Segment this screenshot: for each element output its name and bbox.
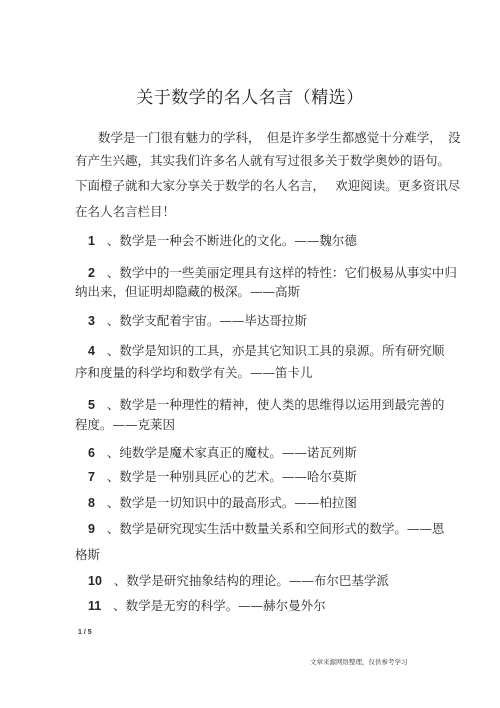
page-title: 关于数学的名人名言（精选） [0, 83, 500, 108]
quote-item: 3 、数学支配着宇宙。——毕达哥拉斯 [88, 313, 307, 329]
quote-number: 3 [88, 313, 95, 329]
quote-text: 、数学是研究现实生活中数量关系和空间形式的数学。——恩 [107, 521, 445, 536]
quote-number: 7 [88, 469, 95, 485]
quote-continuation: 程度。——克莱因 [75, 417, 175, 433]
intro-line: 数学是一门很有魅力的学科， 但是许多学生都感觉十分难学， 没 [98, 130, 461, 146]
quote-number: 5 [88, 397, 95, 413]
quote-text: 、数学是一种会不断进化的文化。——魏尔德 [107, 233, 357, 248]
quote-text: 、数学是无穷的科学。——赫尔曼外尔 [113, 598, 326, 613]
quote-text: 、数学支配着宇宙。——毕达哥拉斯 [107, 313, 307, 328]
quote-item: 8 、数学是一切知识中的最高形式。——柏拉图 [88, 495, 357, 511]
quote-number: 8 [88, 495, 95, 511]
quote-continuation: 纳出来，但证明却隐藏的极深。——高斯 [75, 284, 300, 300]
quote-item: 10 、数学是研究抽象结构的理论。——布尔巴基学派 [88, 573, 389, 589]
quote-text: 、数学是研究抽象结构的理论。——布尔巴基学派 [114, 573, 389, 588]
source-note: 文章来源网络整理，仅供参考学习 [310, 657, 408, 666]
quote-item: 6 、纯数学是魔术家真正的魔杖。——诺瓦列斯 [88, 445, 357, 461]
quote-text: 、数学是一切知识中的最高形式。——柏拉图 [107, 495, 357, 510]
page-indicator: 1 / 5 [78, 629, 92, 636]
quote-number: 9 [88, 521, 95, 537]
quote-number: 11 [88, 598, 101, 614]
quote-number: 2 [88, 265, 95, 281]
quote-item: 4 、数学是知识的工具，亦是其它知识工具的泉源。所有研究顺 [88, 343, 444, 359]
quote-item: 7 、数学是一种别具匠心的艺术。——哈尔莫斯 [88, 469, 357, 485]
quote-item: 1 、数学是一种会不断进化的文化。——魏尔德 [88, 233, 357, 249]
quote-text: 、纯数学是魔术家真正的魔杖。——诺瓦列斯 [107, 445, 357, 460]
quote-text: 、数学是一种理性的精神，使人类的思维得以运用到最完善的 [107, 397, 445, 412]
intro-line: 在名人名言栏目！ [75, 204, 175, 220]
quote-number: 4 [88, 343, 95, 359]
quote-continuation: 序和度量的科学均和数学有关。——笛卡儿 [75, 365, 313, 381]
quote-number: 10 [88, 573, 102, 589]
quote-text: 、数学中的一些美丽定理具有这样的特性：它们极易从事实中归 [107, 265, 457, 280]
quote-item: 9 、数学是研究现实生活中数量关系和空间形式的数学。——恩 [88, 521, 444, 537]
quote-number: 1 [88, 233, 95, 249]
quote-item: 5 、数学是一种理性的精神，使人类的思维得以运用到最完善的 [88, 397, 444, 413]
quote-number: 6 [88, 445, 95, 461]
intro-line: 下面橙子就和大家分享关于数学的名人名言， 欢迎阅读。更多资讯尽 [75, 178, 460, 194]
quote-item: 2 、数学中的一些美丽定理具有这样的特性：它们极易从事实中归 [88, 265, 457, 281]
quote-continuation: 格斯 [75, 547, 100, 563]
quote-text: 、数学是一种别具匠心的艺术。——哈尔莫斯 [107, 469, 357, 484]
quote-item: 11 、数学是无穷的科学。——赫尔曼外尔 [88, 598, 326, 614]
quote-text: 、数学是知识的工具，亦是其它知识工具的泉源。所有研究顺 [107, 343, 445, 358]
document-page: 关于数学的名人名言（精选） 数学是一门很有魅力的学科， 但是许多学生都感觉十分难… [0, 0, 500, 708]
intro-line: 有产生兴趣，其实我们许多名人就有写过很多关于数学奥妙的语句。 [75, 153, 450, 169]
